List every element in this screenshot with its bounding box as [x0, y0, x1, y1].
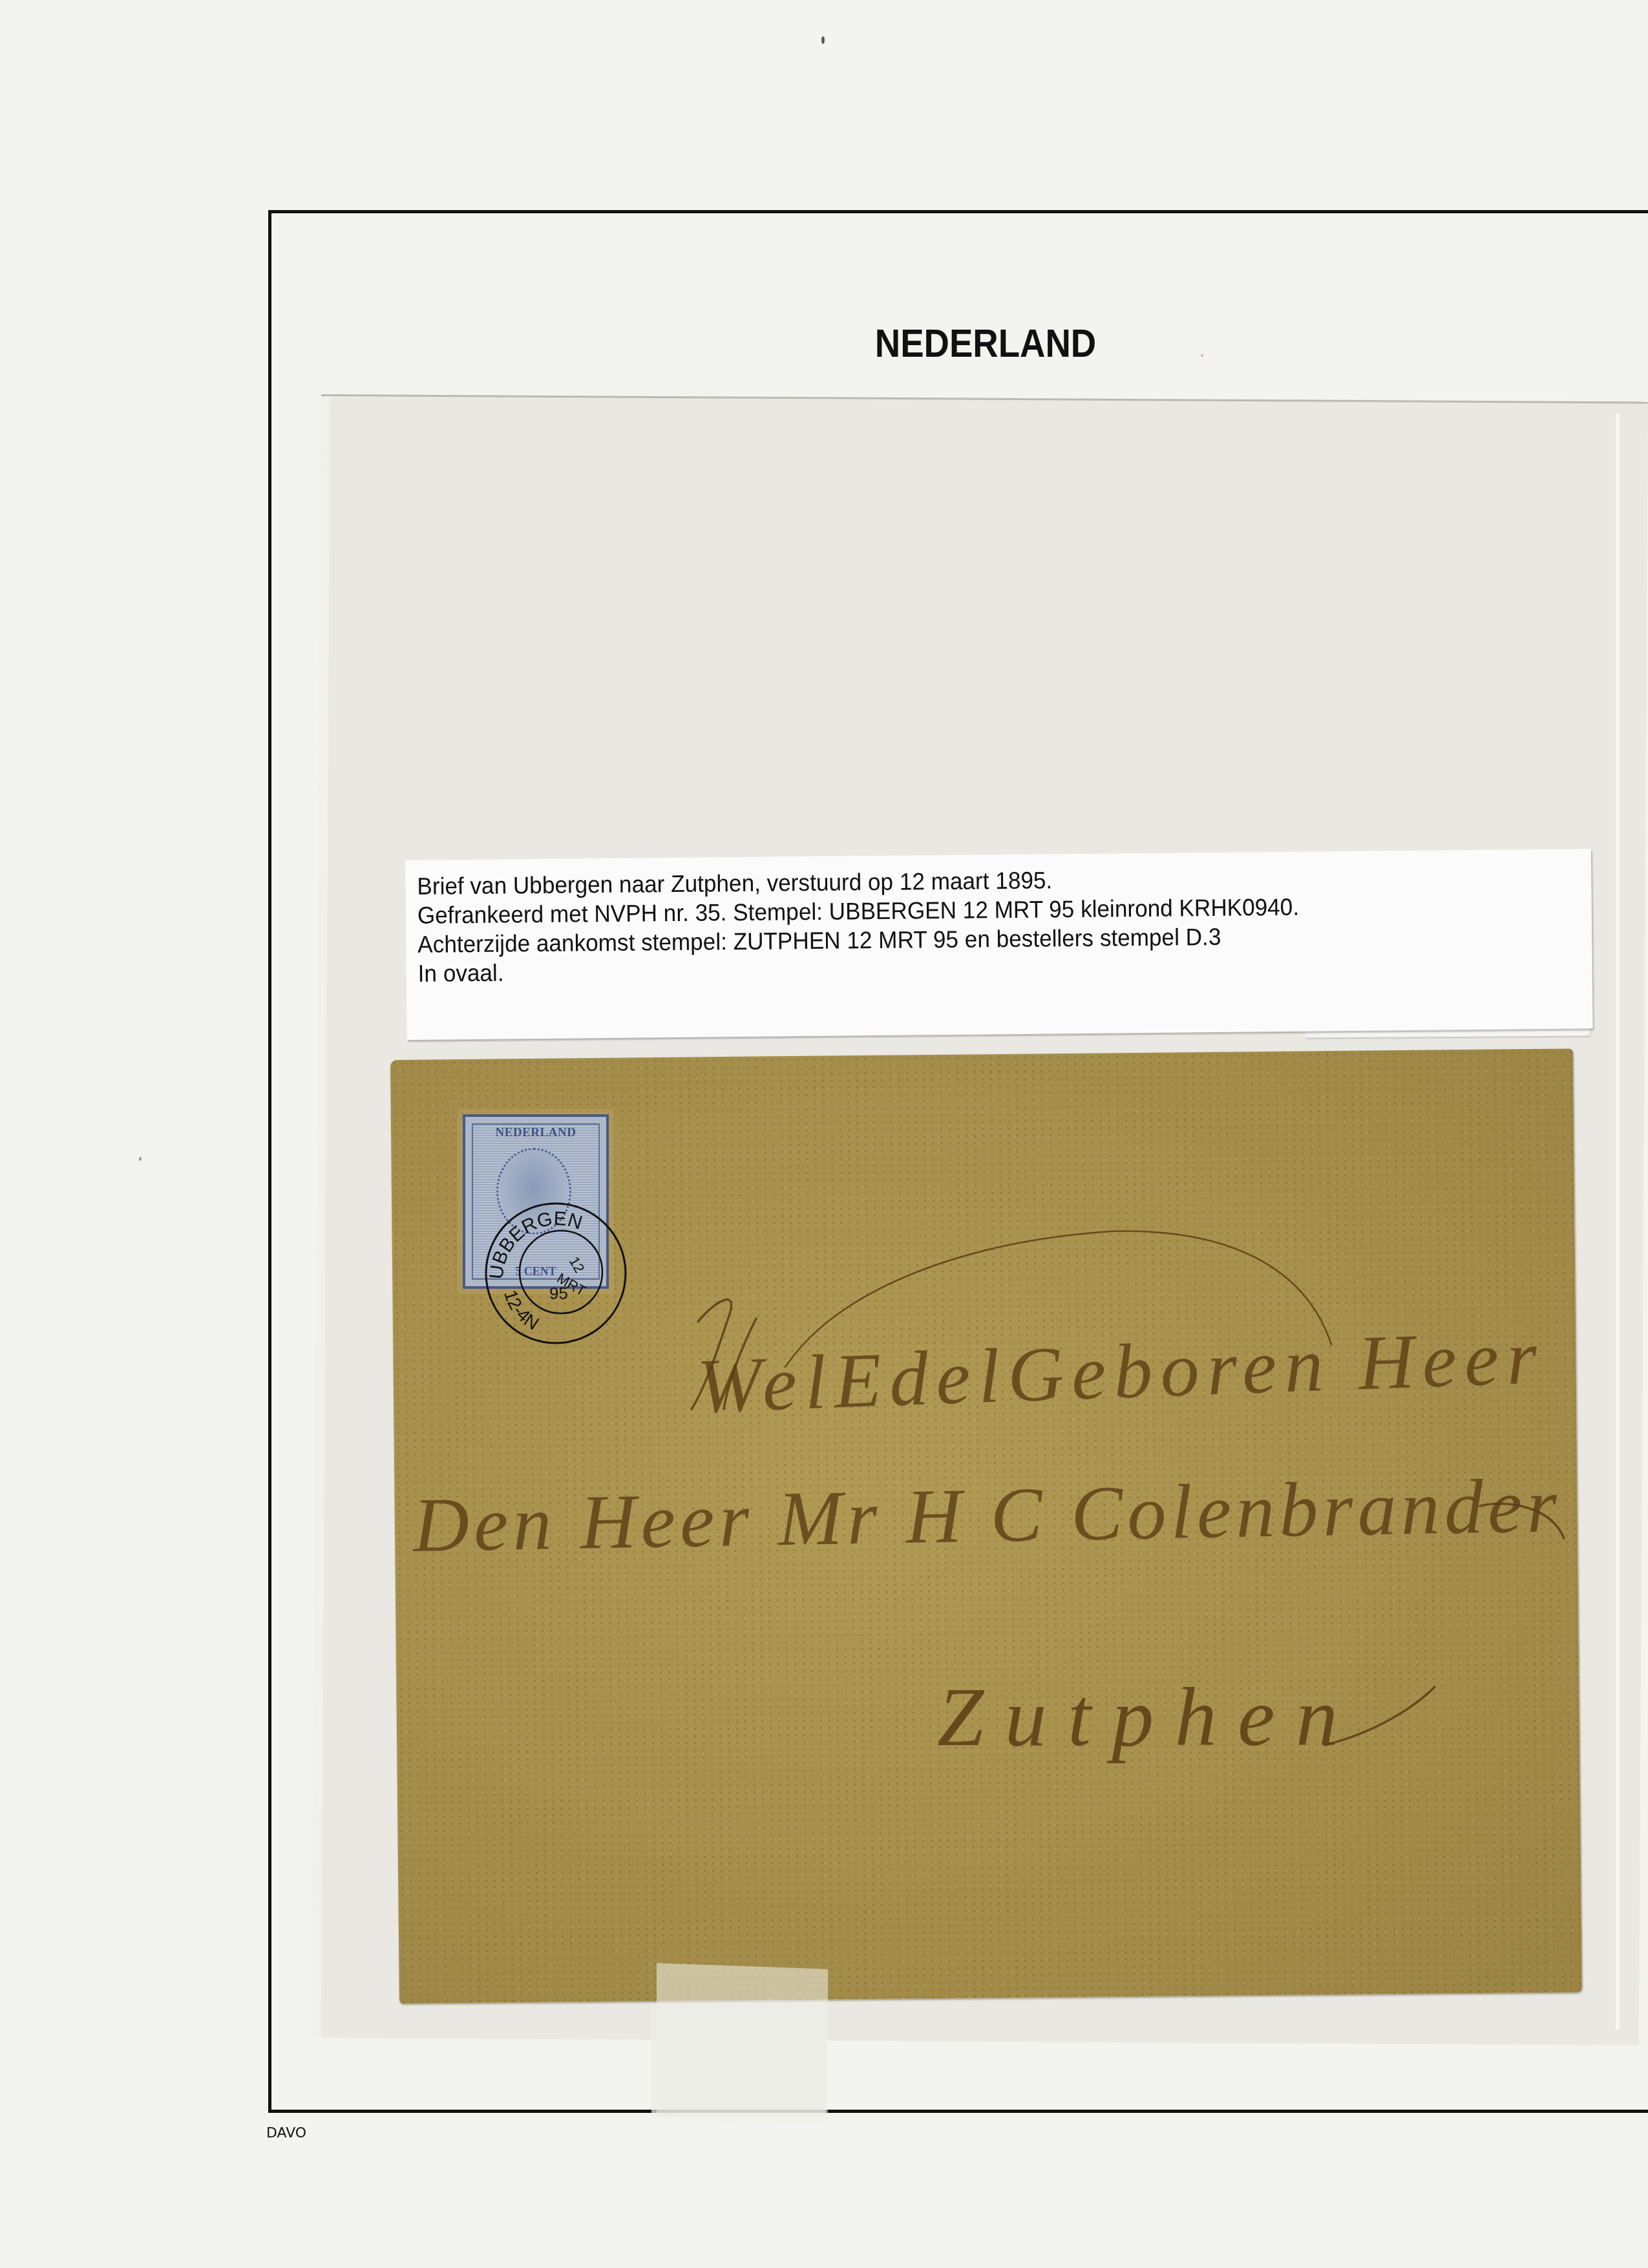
svg-text:UBBERGEN: UBBERGEN — [485, 1208, 584, 1280]
dust-speck — [821, 36, 825, 44]
transparent-tape — [651, 2004, 826, 2117]
publisher-brand: DAVO — [266, 2125, 306, 2141]
postmark-place: UBBERGEN — [485, 1208, 584, 1280]
svg-text:12-4N: 12-4N — [500, 1288, 542, 1333]
page-title: NEDERLAND — [118, 321, 1648, 366]
stamp-country: NEDERLAND — [465, 1126, 606, 1140]
dust-speck — [139, 1157, 142, 1161]
postmark-day: 12 — [566, 1254, 588, 1276]
caption-label: Brief van Ubbergen naar Zutphen, verstuu… — [405, 849, 1593, 1040]
postmark-cancel: UBBERGEN 12 MRT 95 12-4N — [478, 1196, 633, 1351]
postmark-time: 12-4N — [500, 1288, 542, 1333]
postmark-year: 95 — [549, 1284, 568, 1303]
sleeve-edge — [1616, 414, 1620, 2030]
